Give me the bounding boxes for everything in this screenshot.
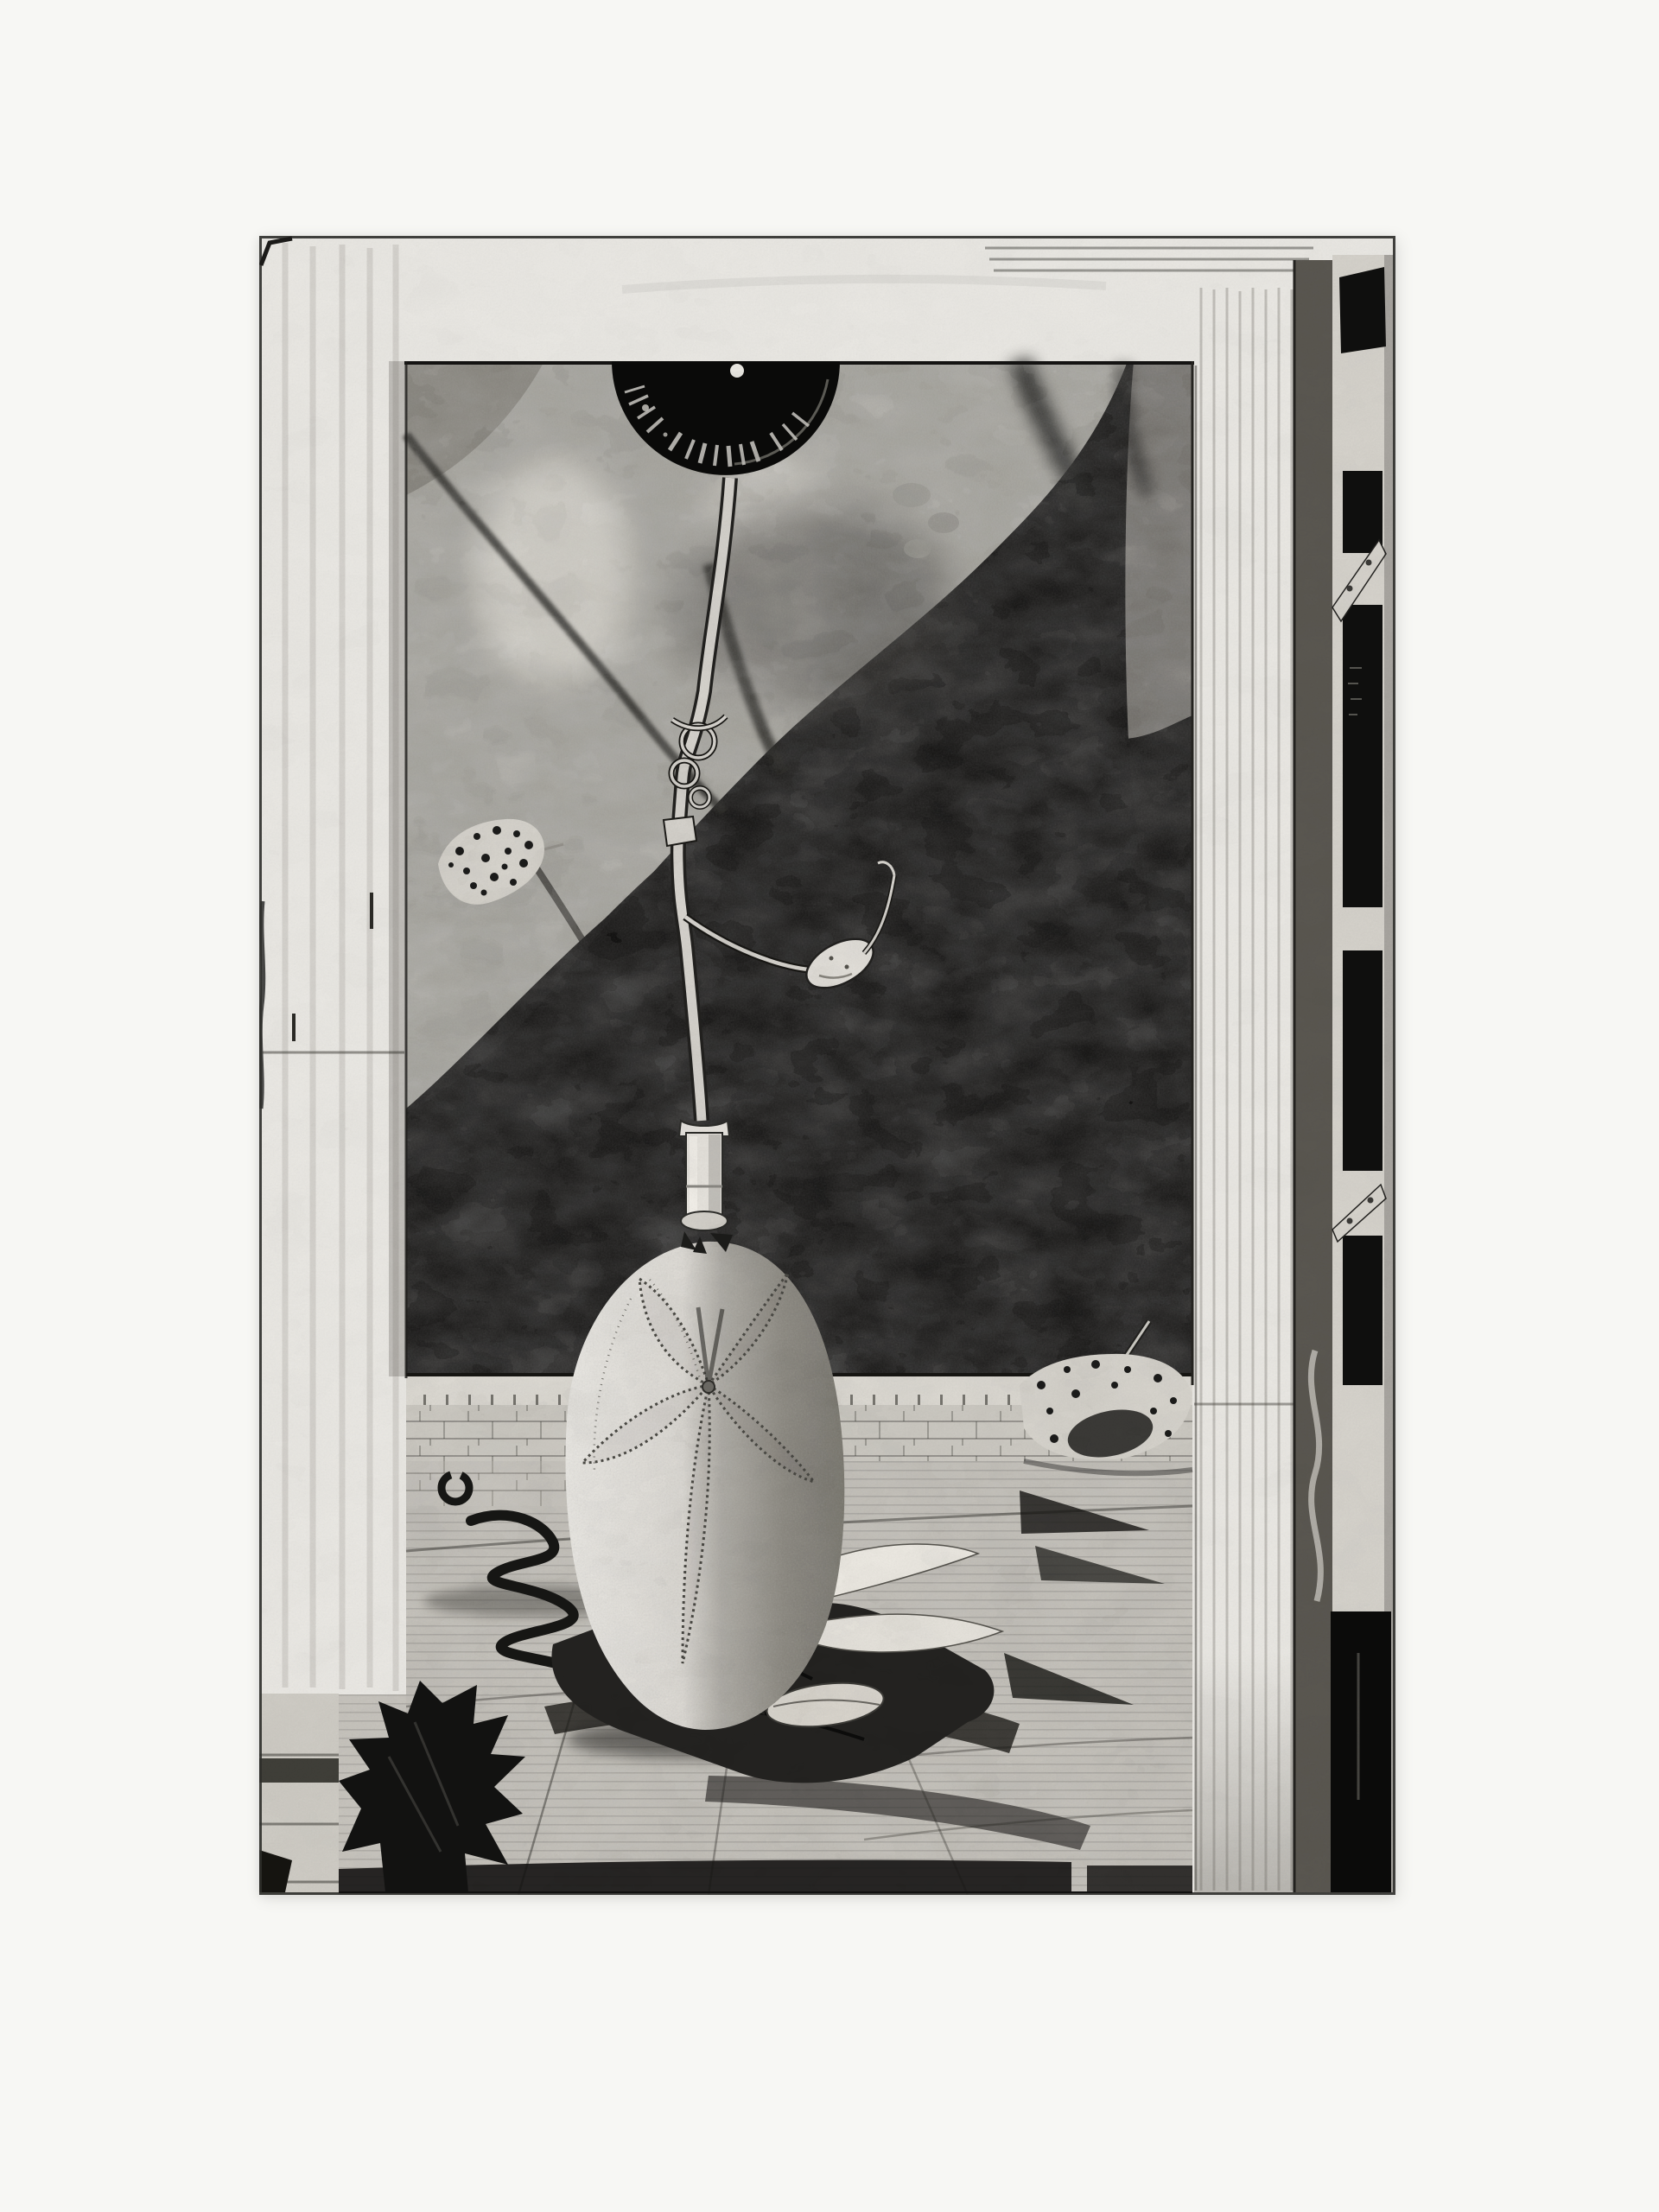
etching-print: Monochrome surrealist still-life intagli…	[259, 236, 1395, 1895]
print-texture	[259, 236, 1395, 1895]
mat-board: Monochrome surrealist still-life intagli…	[0, 0, 1659, 2212]
